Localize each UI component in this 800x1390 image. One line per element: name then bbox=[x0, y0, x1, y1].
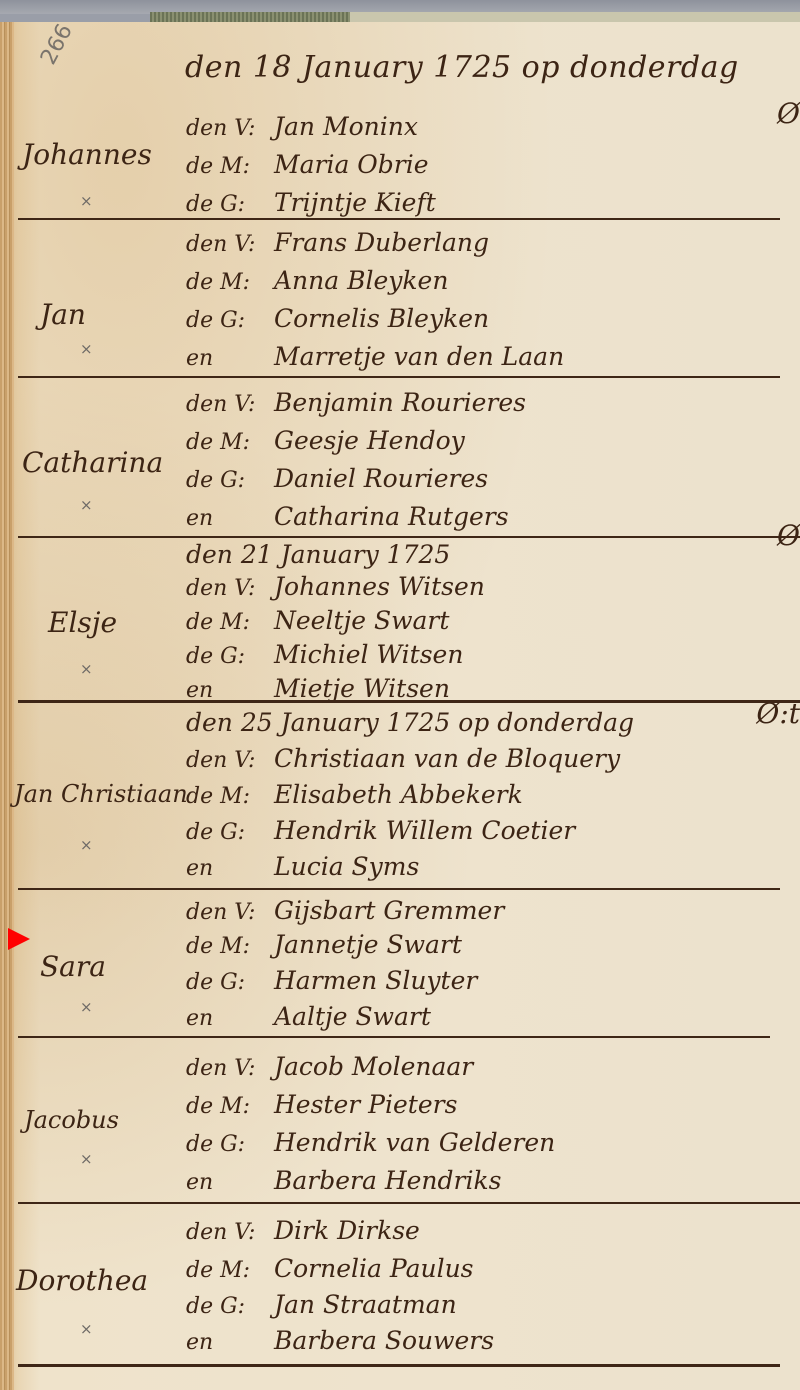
godparent-line: de G:Michiel Witsen bbox=[186, 640, 463, 672]
father-line: den V:Benjamin Rourieres bbox=[186, 388, 526, 420]
father-label: den V: bbox=[186, 1056, 274, 1081]
second-godparent-line: enLucia Syms bbox=[186, 852, 419, 884]
child-name: Jacobus bbox=[24, 1106, 119, 1134]
father-label: den V: bbox=[186, 232, 274, 257]
entry-date: den 25 January 1725 op donderdag bbox=[186, 708, 634, 737]
mother-label: de M: bbox=[186, 784, 274, 809]
margin-mark: Ø:t bbox=[756, 700, 800, 728]
entry-divider bbox=[18, 218, 780, 220]
date-line: den 25 January 1725 op donderdag bbox=[186, 708, 634, 740]
father-name: Jan Moninx bbox=[274, 112, 418, 141]
godparent-name: Daniel Rourieres bbox=[274, 464, 488, 493]
mother-name: Maria Obrie bbox=[274, 150, 429, 179]
child-name: Jan bbox=[40, 298, 86, 331]
page-edges bbox=[0, 22, 14, 1390]
godparent-name: Hendrik Willem Coetier bbox=[274, 816, 575, 845]
and-label: en bbox=[186, 856, 274, 881]
mother-label: de M: bbox=[186, 934, 274, 959]
and-label: en bbox=[186, 1006, 274, 1031]
father-name: Christiaan van de Bloquery bbox=[274, 744, 620, 773]
entry-divider bbox=[18, 1364, 780, 1367]
mother-line: de M:Elisabeth Abbekerk bbox=[186, 780, 523, 812]
second-godparent-name: Aaltje Swart bbox=[274, 1002, 431, 1031]
father-name: Johannes Witsen bbox=[274, 572, 485, 601]
father-label: den V: bbox=[186, 748, 274, 773]
child-name: Sara bbox=[40, 950, 106, 983]
second-godparent-name: Barbera Souwers bbox=[274, 1326, 494, 1355]
and-label: en bbox=[186, 346, 274, 371]
cross-mark: × bbox=[80, 836, 93, 854]
mother-line: de M:Jannetje Swart bbox=[186, 930, 462, 962]
second-godparent-name: Catharina Rutgers bbox=[274, 502, 509, 531]
mother-name: Cornelia Paulus bbox=[274, 1254, 474, 1283]
mother-label: de M: bbox=[186, 270, 274, 295]
mother-line: de M:Maria Obrie bbox=[186, 150, 429, 182]
cross-mark: × bbox=[80, 340, 93, 358]
godparent-name: Hendrik van Gelderen bbox=[274, 1128, 555, 1157]
and-label: en bbox=[186, 1170, 274, 1195]
cross-mark: × bbox=[80, 192, 93, 210]
mother-name: Geesje Hendoy bbox=[274, 426, 465, 455]
godparent-line: de G:Hendrik Willem Coetier bbox=[186, 816, 575, 848]
mother-label: de M: bbox=[186, 1258, 274, 1283]
father-name: Frans Duberlang bbox=[274, 228, 489, 257]
child-name: Jan Christiaan bbox=[14, 780, 188, 808]
second-godparent-line: enBarbera Hendriks bbox=[186, 1166, 501, 1198]
second-godparent-name: Lucia Syms bbox=[274, 852, 419, 881]
father-label: den V: bbox=[186, 576, 274, 601]
godparent-name: Cornelis Bleyken bbox=[274, 304, 489, 333]
godparent-line: de G:Daniel Rourieres bbox=[186, 464, 488, 496]
and-label: en bbox=[186, 506, 274, 531]
mother-name: Anna Bleyken bbox=[274, 266, 448, 295]
godparent-line: de G:Cornelis Bleyken bbox=[186, 304, 489, 336]
godparent-label: de G: bbox=[186, 820, 274, 845]
mother-line: de M:Hester Pieters bbox=[186, 1090, 457, 1122]
cross-mark: × bbox=[80, 998, 93, 1016]
mother-label: de M: bbox=[186, 430, 274, 455]
cross-mark: × bbox=[80, 1320, 93, 1338]
mother-name: Neeltje Swart bbox=[274, 606, 449, 635]
godparent-label: de G: bbox=[186, 468, 274, 493]
godparent-line: de G:Jan Straatman bbox=[186, 1290, 457, 1322]
second-godparent-name: Barbera Hendriks bbox=[274, 1166, 501, 1195]
father-line: den V:Johannes Witsen bbox=[186, 572, 485, 604]
mother-line: de M:Cornelia Paulus bbox=[186, 1254, 474, 1286]
father-line: den V:Gijsbart Gremmer bbox=[186, 896, 504, 928]
second-godparent-name: Mietje Witsen bbox=[274, 674, 450, 703]
second-godparent-line: enAaltje Swart bbox=[186, 1002, 431, 1034]
entry-date: den 21 January 1725 bbox=[186, 540, 450, 569]
child-name: Elsje bbox=[48, 606, 117, 639]
cross-mark: × bbox=[80, 1150, 93, 1168]
mother-label: de M: bbox=[186, 610, 274, 635]
entry-divider bbox=[18, 700, 800, 703]
father-label: den V: bbox=[186, 900, 274, 925]
father-label: den V: bbox=[186, 116, 274, 141]
page-header-date: den 18 January 1725 op donderdag bbox=[185, 50, 739, 85]
godparent-line: de G:Harmen Sluyter bbox=[186, 966, 477, 998]
second-godparent-name: Marretje van den Laan bbox=[274, 342, 564, 371]
mother-name: Hester Pieters bbox=[274, 1090, 457, 1119]
father-label: den V: bbox=[186, 1220, 274, 1245]
second-godparent-line: enMarretje van den Laan bbox=[186, 342, 564, 374]
entry-divider bbox=[18, 536, 800, 538]
father-name: Gijsbart Gremmer bbox=[274, 896, 504, 925]
entry-divider bbox=[18, 376, 780, 378]
second-godparent-line: enBarbera Souwers bbox=[186, 1326, 494, 1358]
godparent-line: de G:Trijntje Kieft bbox=[186, 188, 436, 220]
father-name: Dirk Dirkse bbox=[274, 1216, 420, 1245]
entry-divider bbox=[18, 1202, 800, 1204]
godparent-label: de G: bbox=[186, 192, 274, 217]
godparent-label: de G: bbox=[186, 1294, 274, 1319]
mother-line: de M:Geesje Hendoy bbox=[186, 426, 465, 458]
godparent-name: Trijntje Kieft bbox=[274, 188, 436, 217]
cross-mark: × bbox=[80, 496, 93, 514]
mother-name: Elisabeth Abbekerk bbox=[274, 780, 523, 809]
entry-divider bbox=[18, 888, 780, 890]
father-name: Jacob Molenaar bbox=[274, 1052, 473, 1081]
mother-label: de M: bbox=[186, 154, 274, 179]
mother-line: de M:Neeltje Swart bbox=[186, 606, 449, 638]
father-name: Benjamin Rourieres bbox=[274, 388, 526, 417]
godparent-label: de G: bbox=[186, 1132, 274, 1157]
father-line: den V:Christiaan van de Bloquery bbox=[186, 744, 620, 776]
mother-line: de M:Anna Bleyken bbox=[186, 266, 448, 298]
father-line: den V:Jacob Molenaar bbox=[186, 1052, 473, 1084]
father-line: den V:Frans Duberlang bbox=[186, 228, 489, 260]
child-name: Dorothea bbox=[16, 1264, 148, 1297]
child-name: Catharina bbox=[22, 446, 163, 479]
godparent-label: de G: bbox=[186, 644, 274, 669]
godparent-name: Michiel Witsen bbox=[274, 640, 463, 669]
date-line: den 21 January 1725 bbox=[186, 540, 450, 572]
godparent-name: Harmen Sluyter bbox=[274, 966, 477, 995]
father-line: den V:Jan Moninx bbox=[186, 112, 418, 144]
mother-name: Jannetje Swart bbox=[274, 930, 462, 959]
row-pointer-arrow-icon bbox=[8, 928, 30, 950]
margin-mark: Ø bbox=[777, 100, 800, 128]
godparent-line: de G:Hendrik van Gelderen bbox=[186, 1128, 555, 1160]
entry-divider bbox=[18, 1036, 770, 1038]
mother-label: de M: bbox=[186, 1094, 274, 1119]
and-label: en bbox=[186, 1330, 274, 1355]
godparent-label: de G: bbox=[186, 308, 274, 333]
second-godparent-line: enCatharina Rutgers bbox=[186, 502, 509, 534]
child-name: Johannes bbox=[22, 138, 152, 171]
cross-mark: × bbox=[80, 660, 93, 678]
father-label: den V: bbox=[186, 392, 274, 417]
godparent-label: de G: bbox=[186, 970, 274, 995]
godparent-name: Jan Straatman bbox=[274, 1290, 457, 1319]
father-line: den V:Dirk Dirkse bbox=[186, 1216, 420, 1248]
